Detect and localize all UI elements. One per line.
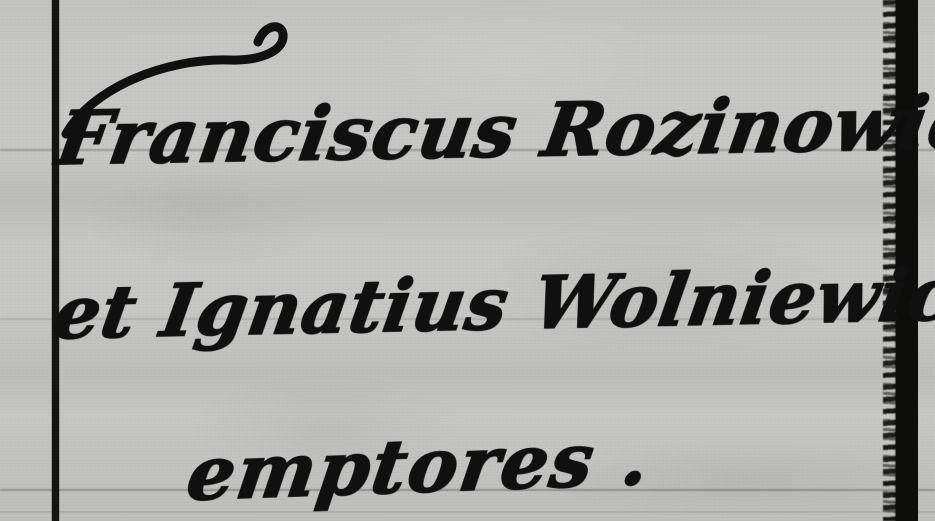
handwriting-line-1: Franciscus Rozinowicz [51, 79, 935, 182]
handwriting-line-3: emptores . [182, 416, 657, 518]
ruled-line-4 [0, 511, 935, 513]
column-rule-left [52, 0, 59, 521]
document-scan: Franciscus Rozinowicz et Ignatius Wolnie… [0, 0, 935, 521]
handwriting-line-2: et Ignatius Wolniewicz [48, 250, 935, 355]
